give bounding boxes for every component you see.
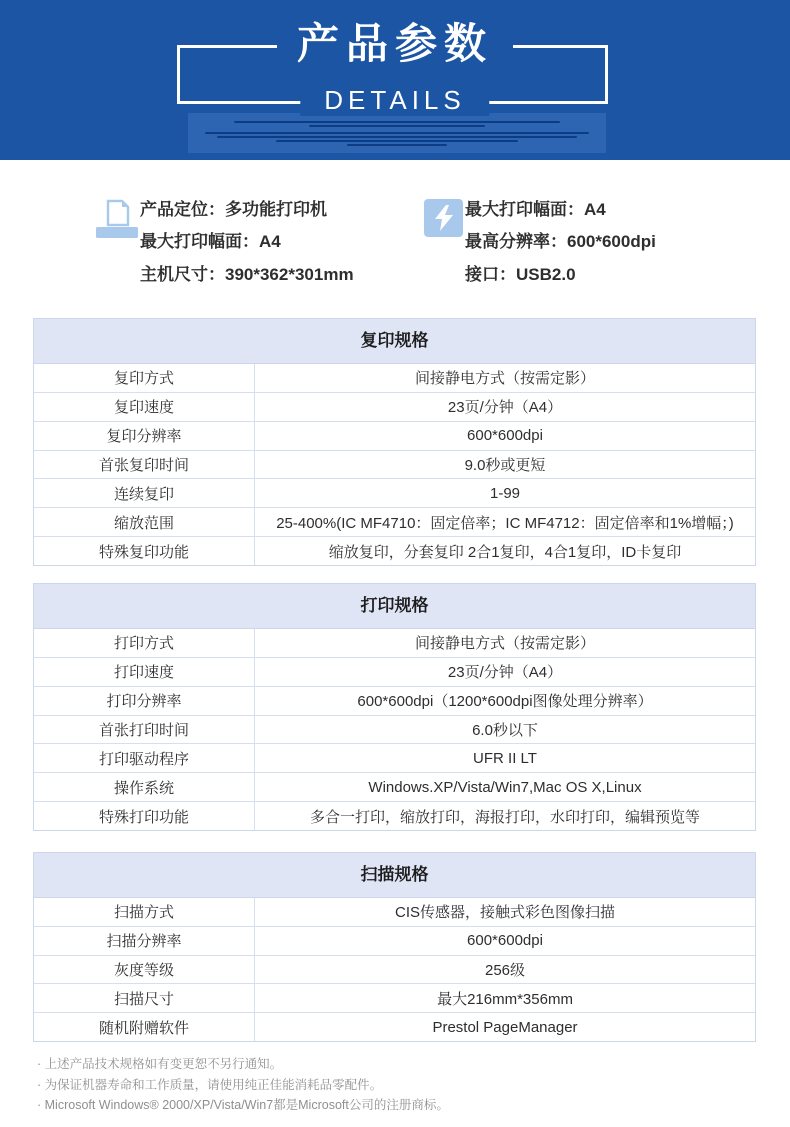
intro-line-right-3: 接口：USB2.0	[465, 264, 576, 286]
spec-label: 首张打印时间	[34, 716, 255, 744]
spec-value: 多合一打印，缩放打印，海报打印，水印打印，编辑预览等	[255, 802, 755, 830]
table-row: 首张打印时间 6.0秒以下	[34, 716, 755, 745]
fine-print-line	[234, 121, 560, 123]
intro-line-right-1: 最大打印幅面：A4	[465, 199, 606, 221]
spec-value: 间接静电方式（按需定影）	[255, 364, 755, 392]
spec-value: 1-99	[255, 479, 755, 507]
spec-value: 9.0秒或更短	[255, 451, 755, 479]
footnotes: · 上述产品技术规格如有变更恕不另行通知。 · 为保证机器寿命和工作质量，请使用…	[37, 1054, 449, 1116]
spec-value: Windows.XP/Vista/Win7,Mac OS X,Linux	[255, 773, 755, 801]
footnote: · 为保证机器寿命和工作质量，请使用纯正佳能消耗品零配件。	[37, 1075, 449, 1096]
spec-label: 复印方式	[34, 364, 255, 392]
spec-value: 25-400%(IC MF4710：固定倍率；IC MF4712：固定倍率和1%…	[255, 508, 755, 536]
spec-label: 连续复印	[34, 479, 255, 507]
print-specs-table: 打印规格 打印方式 间接静电方式（按需定影） 打印速度 23页/分钟（A4） 打…	[33, 583, 756, 831]
spec-label: 操作系统	[34, 773, 255, 801]
table-row: 打印分辨率 600*600dpi（1200*600dpi图像处理分辨率）	[34, 687, 755, 716]
table-row: 复印速度 23页/分钟（A4）	[34, 393, 755, 422]
intro-line-left-1: 产品定位：多功能打印机	[140, 199, 327, 221]
footnote: · Microsoft Windows® 2000/XP/Vista/Win7都…	[37, 1095, 449, 1116]
spec-label: 复印分辨率	[34, 422, 255, 450]
table-row: 打印速度 23页/分钟（A4）	[34, 658, 755, 687]
spec-label: 扫描分辨率	[34, 927, 255, 955]
table-row: 复印分辨率 600*600dpi	[34, 422, 755, 451]
table-title: 打印规格	[34, 584, 755, 629]
spec-label: 扫描尺寸	[34, 984, 255, 1012]
intro-line-right-2: 最高分辨率：600*600dpi	[465, 231, 656, 253]
spec-label: 特殊打印功能	[34, 802, 255, 830]
fine-print-line	[217, 136, 576, 138]
spec-value: 间接静电方式（按需定影）	[255, 629, 755, 657]
spec-value: 6.0秒以下	[255, 716, 755, 744]
fine-print-line	[309, 125, 485, 127]
spec-label: 灰度等级	[34, 956, 255, 984]
printer-icon	[95, 198, 139, 240]
intro-line-left-3: 主机尺寸：390*362*301mm	[140, 264, 354, 286]
table-row: 操作系统 Windows.XP/Vista/Win7,Mac OS X,Linu…	[34, 773, 755, 802]
spec-label: 随机附赠软件	[34, 1013, 255, 1041]
spec-label: 首张复印时间	[34, 451, 255, 479]
table-row: 连续复印 1-99	[34, 479, 755, 508]
spec-value: 600*600dpi	[255, 927, 755, 955]
table-row: 特殊复印功能 缩放复印，分套复印 2合1复印，4合1复印，ID卡复印	[34, 537, 755, 565]
copy-specs-table: 复印规格 复印方式 间接静电方式（按需定影） 复印速度 23页/分钟（A4） 复…	[33, 318, 756, 566]
spec-value: 256级	[255, 956, 755, 984]
spec-label: 打印分辨率	[34, 687, 255, 715]
intro-line-left-2: 最大打印幅面：A4	[140, 231, 281, 253]
product-spec-page: 产品参数 DETAILS 产品定位：多功能打印机 最大打印幅面：A4 主机尺寸：…	[0, 0, 790, 1127]
table-row: 打印驱动程序 UFR II LT	[34, 744, 755, 773]
table-row: 灰度等级 256级	[34, 956, 755, 985]
table-row: 首张复印时间 9.0秒或更短	[34, 451, 755, 480]
table-row: 特殊打印功能 多合一打印，缩放打印，海报打印，水印打印，编辑预览等	[34, 802, 755, 830]
table-row: 随机附赠软件 Prestol PageManager	[34, 1013, 755, 1041]
spec-value: 600*600dpi	[255, 422, 755, 450]
fine-print-line	[347, 144, 447, 146]
table-row: 复印方式 间接静电方式（按需定影）	[34, 364, 755, 393]
table-row: 扫描尺寸 最大216mm*356mm	[34, 984, 755, 1013]
banner: 产品参数 DETAILS	[0, 0, 790, 160]
spec-value: Prestol PageManager	[255, 1013, 755, 1041]
fine-print-line	[205, 132, 590, 134]
table-row: 扫描方式 CIS传感器，接触式彩色图像扫描	[34, 898, 755, 927]
spec-label: 复印速度	[34, 393, 255, 421]
spec-label: 缩放范围	[34, 508, 255, 536]
spec-label: 打印速度	[34, 658, 255, 686]
spec-label: 特殊复印功能	[34, 537, 255, 565]
scan-specs-table: 扫描规格 扫描方式 CIS传感器，接触式彩色图像扫描 扫描分辨率 600*600…	[33, 852, 756, 1042]
fine-print-line	[276, 140, 518, 142]
spec-label: 打印方式	[34, 629, 255, 657]
table-row: 缩放范围 25-400%(IC MF4710：固定倍率；IC MF4712：固定…	[34, 508, 755, 537]
spec-value: CIS传感器，接触式彩色图像扫描	[255, 898, 755, 926]
table-title: 扫描规格	[34, 853, 755, 898]
page-subtitle: DETAILS	[300, 84, 489, 116]
spec-label: 打印驱动程序	[34, 744, 255, 772]
page-title: 产品参数	[277, 16, 513, 72]
table-title: 复印规格	[34, 319, 755, 364]
spec-value: 23页/分钟（A4）	[255, 393, 755, 421]
spec-value: 600*600dpi（1200*600dpi图像处理分辨率）	[255, 687, 755, 715]
table-row: 扫描分辨率 600*600dpi	[34, 927, 755, 956]
spec-value: 23页/分钟（A4）	[255, 658, 755, 686]
spec-value: UFR II LT	[255, 744, 755, 772]
spec-label: 扫描方式	[34, 898, 255, 926]
banner-fine-print-panel	[188, 113, 606, 153]
spec-value: 最大216mm*356mm	[255, 984, 755, 1012]
spec-value: 缩放复印，分套复印 2合1复印，4合1复印，ID卡复印	[255, 537, 755, 565]
table-row: 打印方式 间接静电方式（按需定影）	[34, 629, 755, 658]
footnote: · 上述产品技术规格如有变更恕不另行通知。	[37, 1054, 449, 1075]
lightning-bolt-icon	[424, 199, 463, 237]
